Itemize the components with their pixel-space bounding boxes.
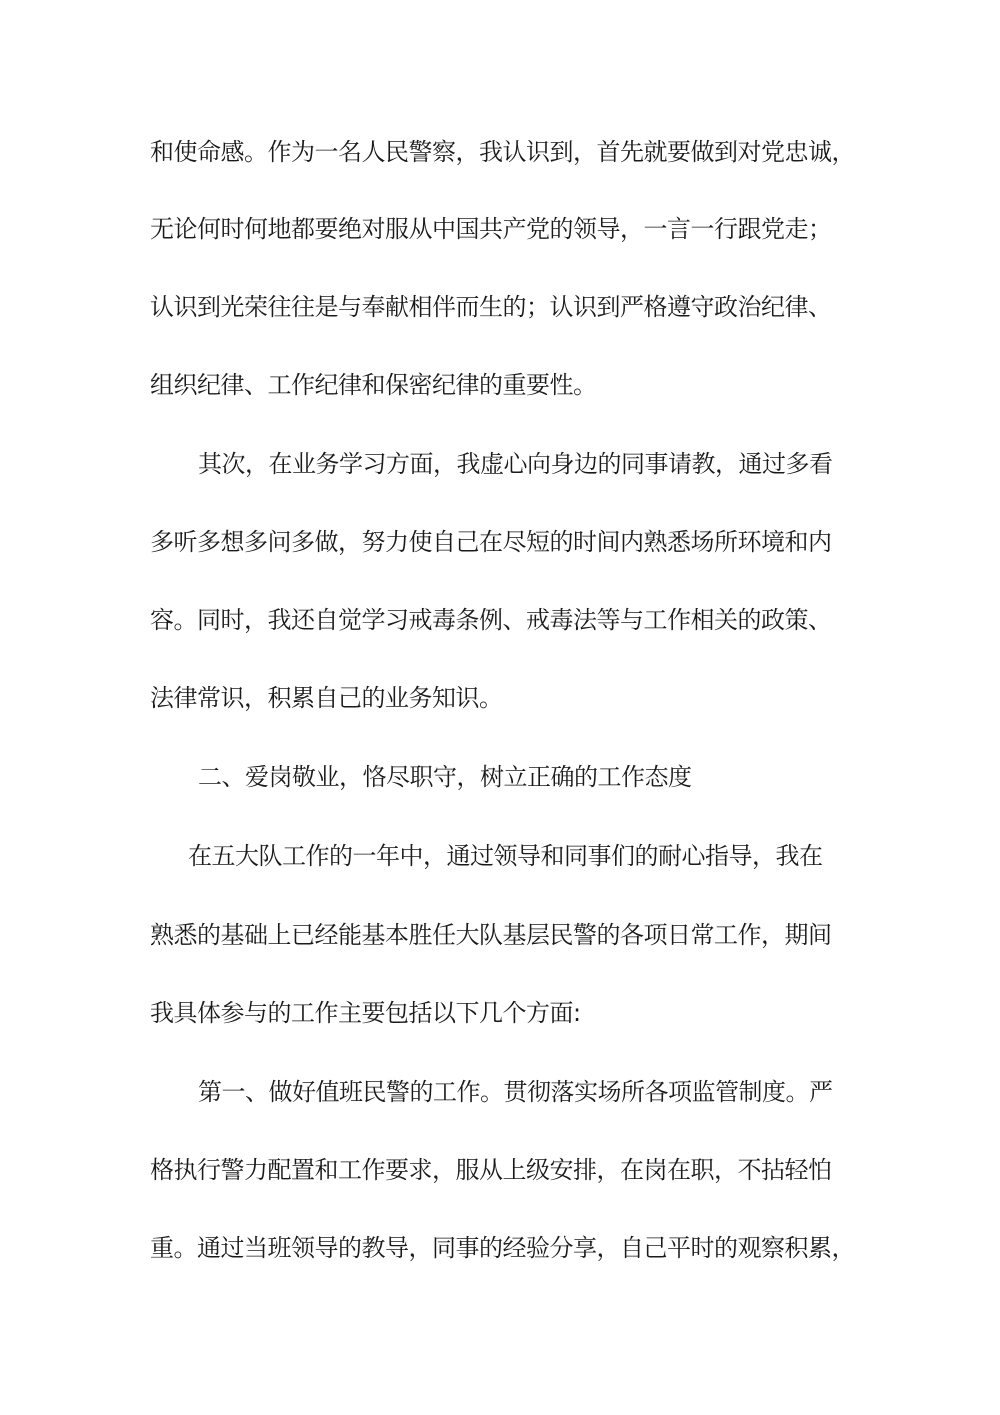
paragraph-line: 第一、做好值班民警的工作。贯彻落实场所各项监管制度。严: [198, 1077, 918, 1107]
paragraph-line: 重。通过当班领导的教导，同事的经验分享，自己平时的观察积累，: [150, 1233, 870, 1263]
paragraph-line: 我具体参与的工作主要包括以下几个方面:: [150, 998, 870, 1028]
paragraph-line: 其次，在业务学习方面，我虚心向身边的同事请教，通过多看: [198, 449, 918, 479]
paragraph-line: 格执行警力配置和工作要求，服从上级安排，在岗在职，不拈轻怕: [150, 1155, 870, 1185]
paragraph-line: 熟悉的基础上已经能基本胜任大队基层民警的各项日常工作，期间: [150, 920, 870, 950]
paragraph-line: 多听多想多问多做，努力使自己在尽短的时间内熟悉场所环境和内: [150, 527, 870, 557]
paragraph-line: 法律常识，积累自己的业务知识。: [150, 683, 870, 713]
section-heading: 二、爱岗敬业，恪尽职守，树立正确的工作态度: [198, 762, 918, 792]
document-page: 和使命感。作为一名人民警察，我认识到，首先就要做到对党忠诚， 无论何时何地都要绝…: [0, 0, 1000, 1415]
paragraph-line: 无论何时何地都要绝对服从中国共产党的领导，一言一行跟党走；: [150, 214, 870, 244]
paragraph-line: 和使命感。作为一名人民警察，我认识到，首先就要做到对党忠诚，: [150, 137, 870, 167]
paragraph-line: 在五大队工作的一年中，通过领导和同事们的耐心指导，我在: [188, 841, 908, 871]
paragraph-line: 容。同时，我还自觉学习戒毒条例、戒毒法等与工作相关的政策、: [150, 605, 870, 635]
paragraph-line: 认识到光荣往往是与奉献相伴而生的；认识到严格遵守政治纪律、: [150, 292, 870, 322]
paragraph-line: 组织纪律、工作纪律和保密纪律的重要性。: [150, 370, 870, 400]
